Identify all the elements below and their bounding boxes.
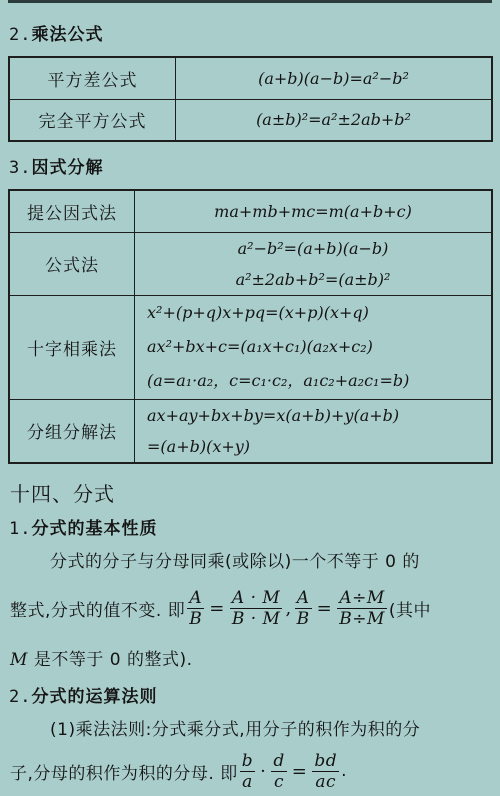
fraction: A · MB · M bbox=[230, 588, 283, 629]
paragraph-text: 是不等于 0 的整式). bbox=[28, 650, 193, 670]
formula-line: a²−b²=(a+b)(a−b) bbox=[135, 233, 491, 264]
denominator: B bbox=[187, 609, 204, 629]
method-name-cell: 提公因式法 bbox=[9, 190, 135, 232]
formula-line: ax+ay+bx+by=x(a+b)+y(a+b) bbox=[147, 400, 491, 431]
fraction: AB bbox=[295, 588, 312, 629]
formula-cell: ma+mb+mc=m(a+b+c) bbox=[135, 190, 493, 232]
formula-cell: a²−b²=(a+b)(a−b) a²±2ab+b²=(a±b)² bbox=[135, 232, 493, 295]
numerator: d bbox=[271, 751, 286, 772]
paragraph-line-with-formula: 整式,分式的值不变. 即 AB = A · MB · M , AB = A÷MB… bbox=[10, 584, 431, 632]
numerator: A÷M bbox=[337, 588, 387, 609]
chapter-heading-fractions: 十四、分式 bbox=[10, 478, 115, 507]
paragraph-text: (其中 bbox=[389, 596, 431, 621]
numerator: A bbox=[187, 588, 204, 609]
method-name-cell: 公式法 bbox=[9, 232, 135, 295]
section-title: 分式的运算法则 bbox=[31, 687, 157, 707]
denominator: B · M bbox=[230, 609, 283, 629]
section-number: 2. bbox=[9, 687, 31, 707]
period: . bbox=[341, 761, 347, 781]
factorization-table: 提公因式法 ma+mb+mc=m(a+b+c) 公式法 a²−b²=(a+b)(… bbox=[8, 189, 493, 464]
table-row: 完全平方公式 (a±b)²=a²±2ab+b² bbox=[9, 99, 492, 141]
denominator: ac bbox=[312, 772, 339, 792]
paragraph-text: 整式,分式的值不变. 即 bbox=[10, 596, 185, 621]
paragraph-line-with-formula: 子,分母的积作为积的分母. 即 ba · dc = bdac . bbox=[10, 748, 347, 794]
section-number: 3. bbox=[9, 158, 31, 178]
section-title: 因式分解 bbox=[31, 158, 103, 178]
equals-sign: = bbox=[317, 598, 333, 619]
table-row: 十字相乘法 x²+(p+q)x+pq=(x+p)(x+q) ax²+bx+c=(… bbox=[9, 295, 492, 399]
section-title: 分式的基本性质 bbox=[31, 519, 157, 539]
section-number: 1. bbox=[9, 519, 31, 539]
subsection-heading-operation-rules: 2.分式的运算法则 bbox=[9, 682, 157, 707]
comma: , bbox=[285, 598, 291, 619]
formula-line: a²±2ab+b²=(a±b)² bbox=[135, 264, 491, 295]
formula-cell: x²+(p+q)x+pq=(x+p)(x+q) ax²+bx+c=(a₁x+c₁… bbox=[135, 295, 493, 399]
subsection-heading-basic-properties: 1.分式的基本性质 bbox=[9, 514, 157, 539]
equals-sign: = bbox=[292, 761, 308, 782]
formula-name-cell: 平方差公式 bbox=[9, 57, 176, 99]
denominator: c bbox=[271, 772, 286, 792]
formula-line: (a=a₁·a₂，c=c₁·c₂，a₁c₂+a₂c₁=b) bbox=[147, 364, 491, 398]
fraction: A÷MB÷M bbox=[337, 588, 387, 629]
section-title: 乘法公式 bbox=[31, 25, 103, 45]
paragraph-text: 子,分母的积作为积的分母. 即 bbox=[10, 759, 238, 784]
paragraph-line: 分式的分子与分母同乘(或除以)一个不等于 0 的 bbox=[50, 547, 420, 572]
section-number: 2. bbox=[9, 25, 31, 45]
formula-cell: (a±b)²=a²±2ab+b² bbox=[176, 99, 493, 141]
method-name-cell: 分组分解法 bbox=[9, 399, 135, 463]
numerator: A bbox=[295, 588, 312, 609]
formula-cell: ax+ay+bx+by=x(a+b)+y(a+b) =(a+b)(x+y) bbox=[135, 399, 493, 463]
denominator: B÷M bbox=[337, 609, 387, 629]
paragraph-line: M 是不等于 0 的整式). bbox=[10, 645, 193, 670]
formula-line: x²+(p+q)x+pq=(x+p)(x+q) bbox=[147, 296, 491, 330]
table-row: 提公因式法 ma+mb+mc=m(a+b+c) bbox=[9, 190, 492, 232]
formula-name-cell: 完全平方公式 bbox=[9, 99, 176, 141]
table-row: 公式法 a²−b²=(a+b)(a−b) a²±2ab+b²=(a±b)² bbox=[9, 232, 492, 295]
paragraph-line: (1)乘法法则:分式乘分式,用分子的积作为积的分 bbox=[50, 715, 420, 740]
numerator: b bbox=[240, 751, 255, 772]
table-row: 平方差公式 (a+b)(a−b)=a²−b² bbox=[9, 57, 492, 99]
table-row: 分组分解法 ax+ay+bx+by=x(a+b)+y(a+b) =(a+b)(x… bbox=[9, 399, 492, 463]
formula-line: ma+mb+mc=m(a+b+c) bbox=[135, 196, 491, 227]
method-name-cell: 十字相乘法 bbox=[9, 295, 135, 399]
math-variable: M bbox=[10, 650, 28, 670]
fraction: dc bbox=[271, 751, 286, 792]
numerator: bd bbox=[312, 751, 339, 772]
multiplication-formula-table: 平方差公式 (a+b)(a−b)=a²−b² 完全平方公式 (a±b)²=a²±… bbox=[8, 56, 493, 142]
formula-line: =(a+b)(x+y) bbox=[147, 431, 491, 462]
multiply-dot: · bbox=[260, 761, 266, 782]
top-border-line bbox=[8, 0, 492, 3]
denominator: a bbox=[240, 772, 255, 792]
section-heading-multiplication-formulas: 2.乘法公式 bbox=[9, 20, 103, 45]
equals-sign: = bbox=[209, 598, 225, 619]
denominator: B bbox=[295, 609, 312, 629]
section-heading-factorization: 3.因式分解 bbox=[9, 153, 103, 178]
formula-cell: (a+b)(a−b)=a²−b² bbox=[176, 57, 493, 99]
fraction: ba bbox=[240, 751, 255, 792]
fraction: bdac bbox=[312, 751, 339, 792]
numerator: A · M bbox=[230, 588, 283, 609]
formula-line: ax²+bx+c=(a₁x+c₁)(a₂x+c₂) bbox=[147, 330, 491, 364]
fraction: AB bbox=[187, 588, 204, 629]
